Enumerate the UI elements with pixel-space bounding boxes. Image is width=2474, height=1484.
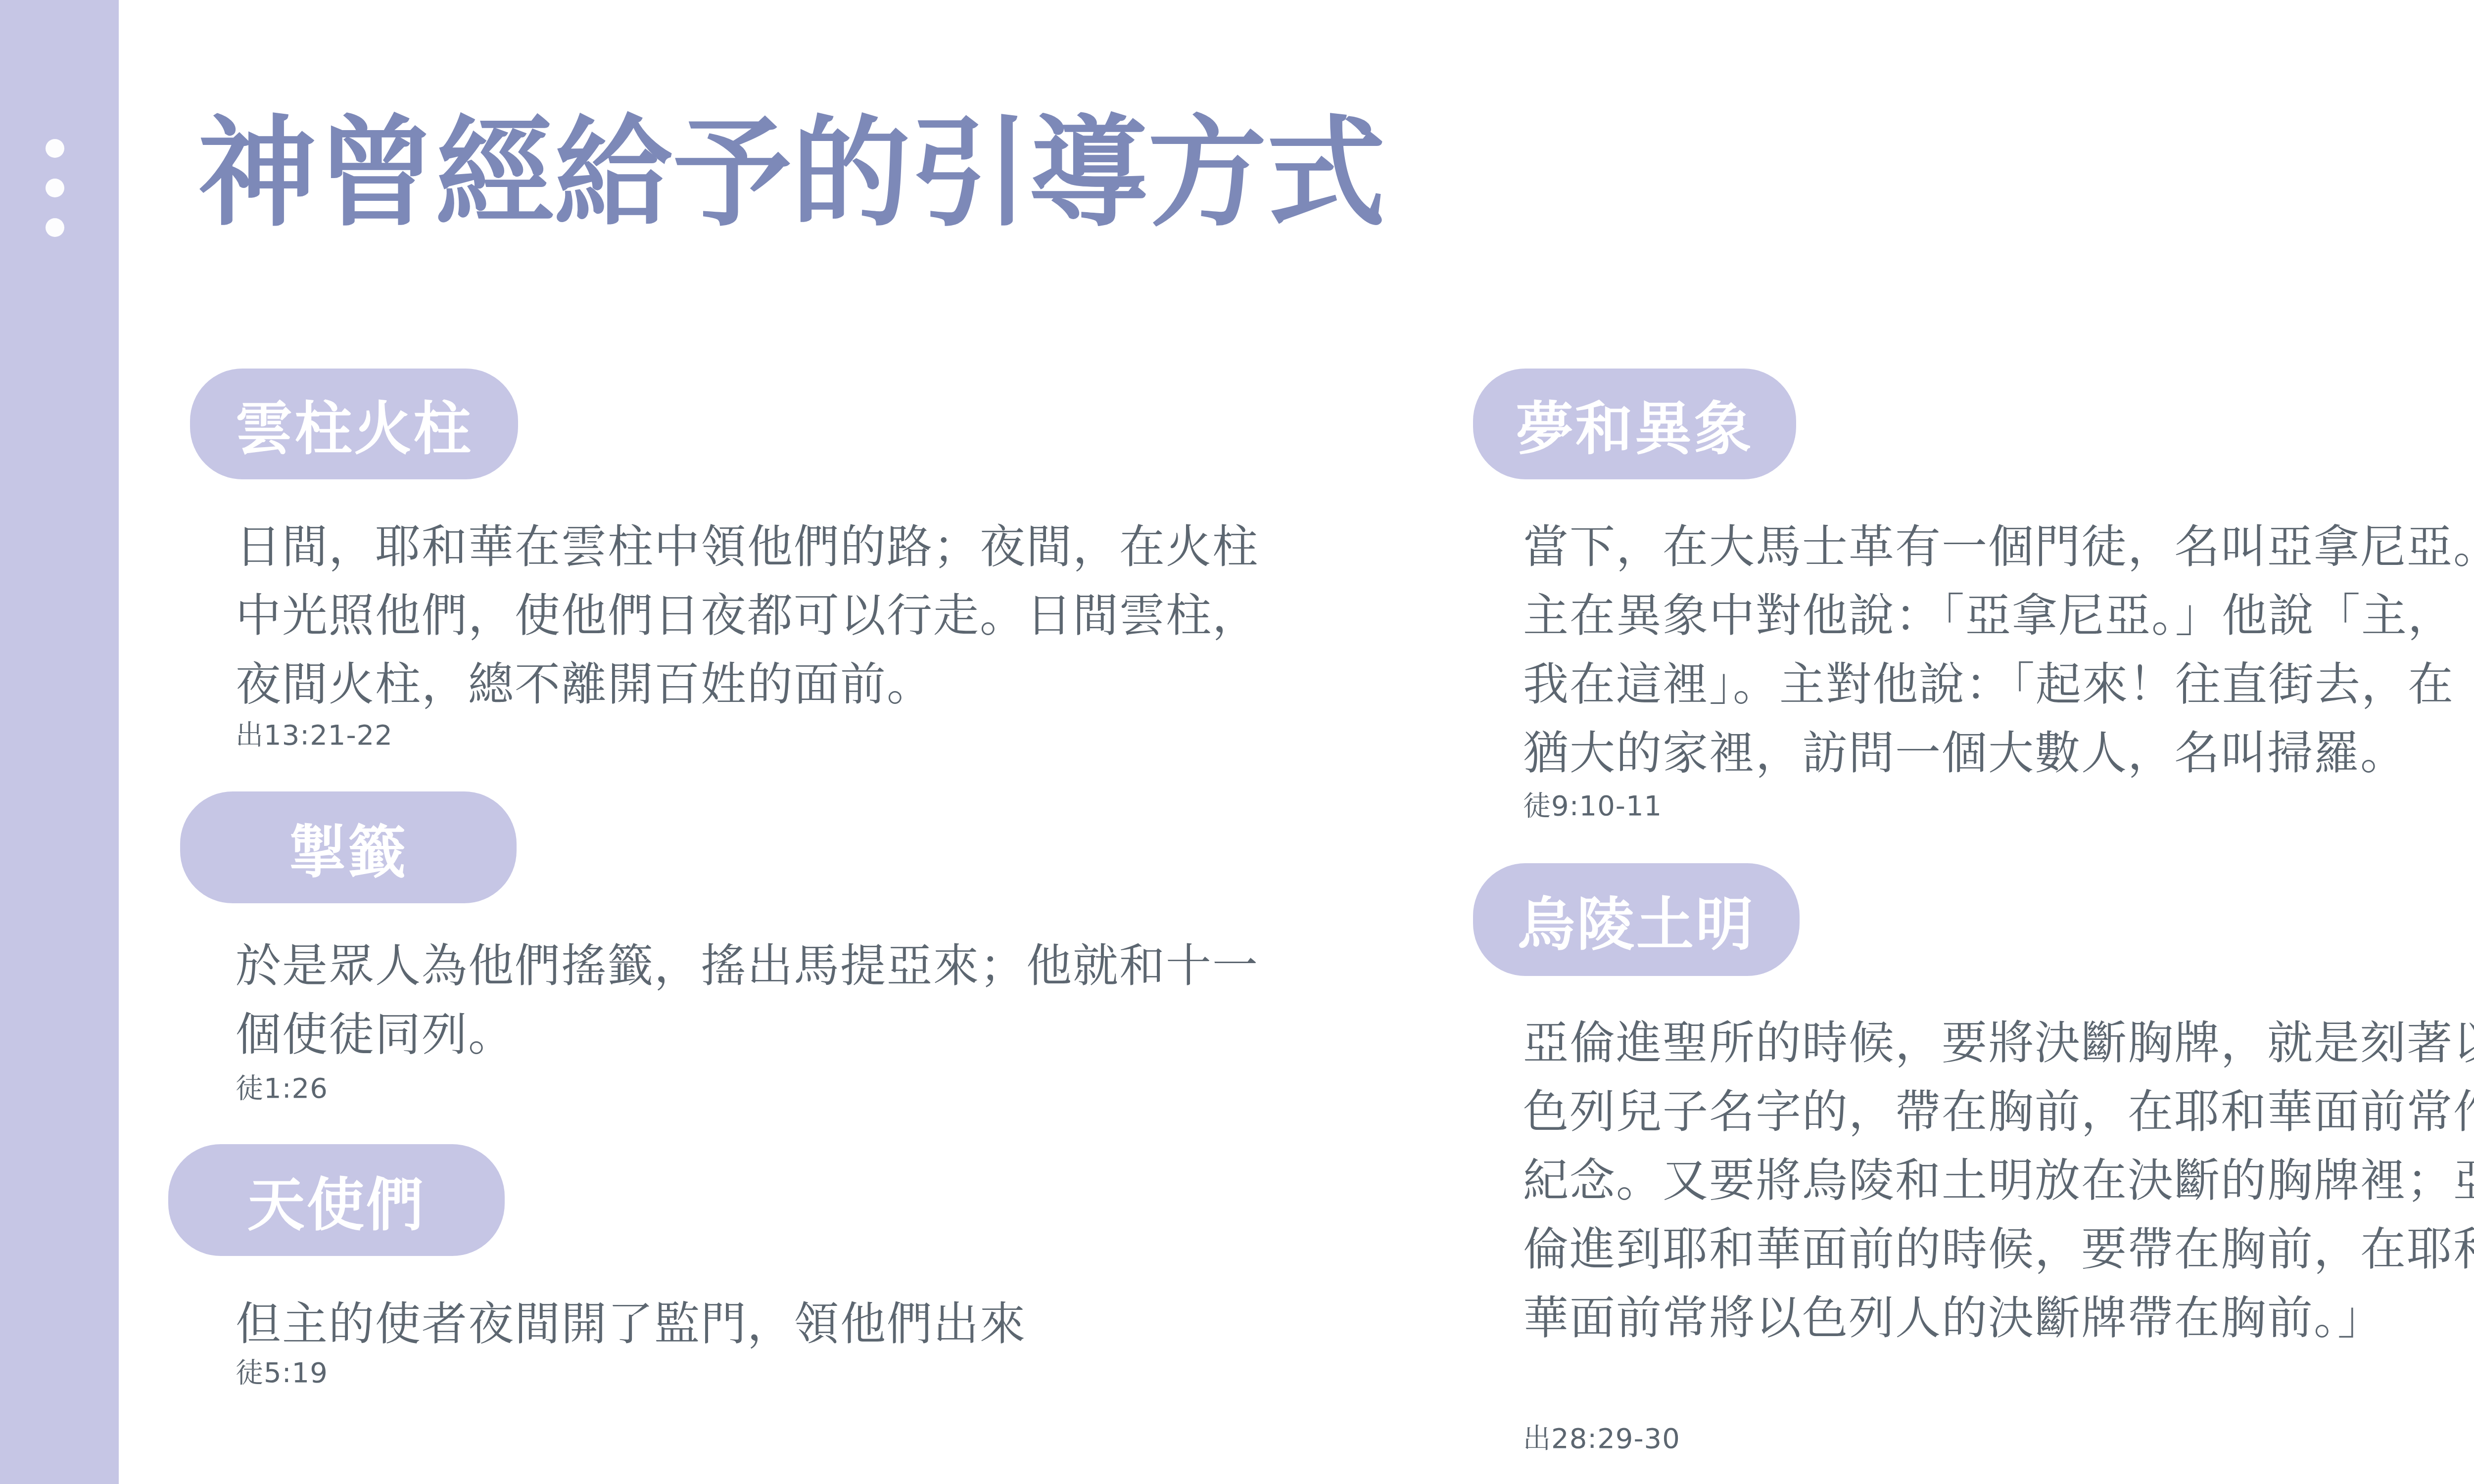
verse-angels: 但主的使者夜間開了監門，領他們出來 [236, 1290, 1433, 1358]
verse-urim-and-thummim: 亞倫進聖所的時候，要將決斷胸牌，就是刻著以 色列兒子名字的，帶在胸前，在耶和華面… [1523, 1009, 2474, 1352]
scripture-reference-acts-5: 徒5:19 [236, 1356, 328, 1391]
section-badge-cloud-and-fire-pillar: 雲柱火柱 [190, 369, 518, 479]
section-badge-angels: 天使們 [168, 1144, 505, 1256]
sidebar-dot-icon [46, 218, 64, 237]
scripture-reference-acts-9: 徒9:10-11 [1523, 789, 1662, 824]
verse-cloud-and-fire-pillar: 日間，耶和華在雲柱中領他們的路；夜間，在火柱 中光照他們，使他們日夜都可以行走。… [236, 512, 1433, 719]
verse-dreams-and-visions: 當下，在大馬士革有一個門徒，名叫亞拿尼亞。 主在異象中對他說：「亞拿尼亞。」他說… [1523, 512, 2474, 788]
page-title: 神曾經給予的引導方式 [198, 99, 2177, 247]
sidebar-dot-icon [46, 179, 64, 197]
section-badge-dreams-and-visions: 夢和異象 [1473, 369, 1796, 479]
section-badge-casting-lots: 掣籤 [180, 791, 517, 903]
sidebar-rail [0, 0, 119, 1484]
scripture-reference-exodus-13: 出13:21-22 [236, 718, 393, 753]
verse-casting-lots: 於是眾人為他們搖籤，搖出馬提亞來；他就和十一 個使徒同列。 [236, 931, 1433, 1069]
scripture-reference-exodus-28: 出28:29-30 [1523, 1422, 1680, 1456]
scripture-reference-acts-1: 徒1:26 [236, 1071, 328, 1106]
sidebar-dot-icon [46, 139, 64, 158]
slide: 神曾經給予的引導方式 雲柱火柱 日間，耶和華在雲柱中領他們的路；夜間，在火柱 中… [0, 0, 2474, 1484]
section-badge-urim-and-thummim: 烏陵土明 [1473, 863, 1800, 976]
